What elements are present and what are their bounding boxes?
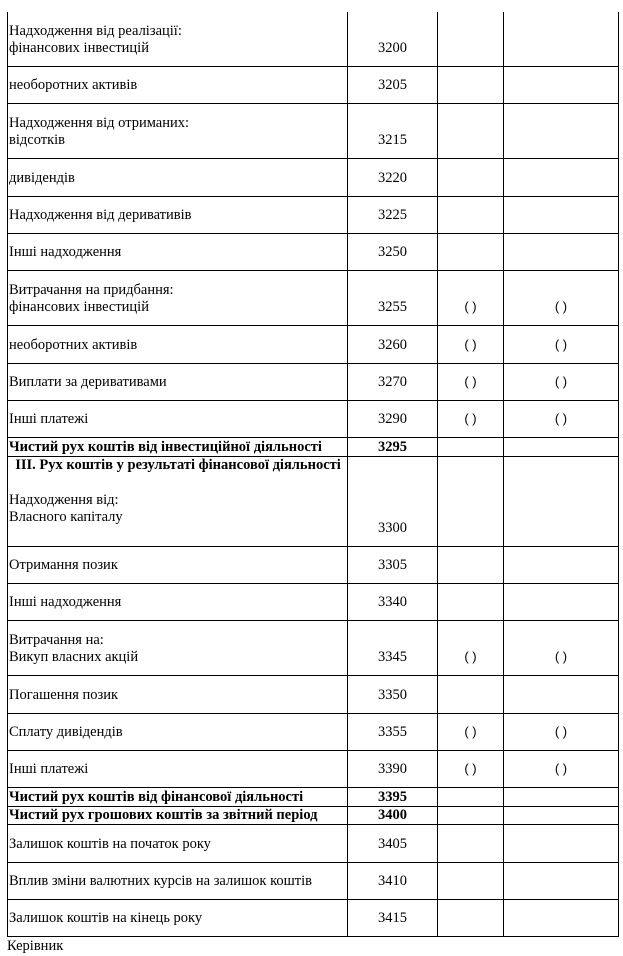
current-period-value: ( ): [438, 400, 504, 437]
row-code: 3415: [348, 899, 438, 936]
row-label: Інші платежі: [8, 750, 348, 787]
current-period-value: [438, 12, 504, 66]
table-row: Чистий рух коштів від інвестиційної діял…: [8, 437, 619, 456]
row-label: Витрачання на:Викуп власних акцій: [8, 620, 348, 675]
value-text: ( ): [464, 761, 476, 776]
row-label: Сплату дивідендів: [8, 713, 348, 750]
previous-period-value: [504, 787, 619, 806]
row-label-line: Сплату дивідендів: [9, 724, 347, 741]
current-period-value: [438, 675, 504, 713]
current-period-value: [438, 862, 504, 899]
table-row: Інші платежі3290( )( ): [8, 400, 619, 437]
row-code: 3270: [348, 363, 438, 400]
table-row: необоротних активів3260( )( ): [8, 325, 619, 363]
row-code: 3345: [348, 620, 438, 675]
row-label: ІІІ. Рух коштів у результаті фінансової …: [8, 456, 348, 546]
previous-period-value: [504, 899, 619, 936]
value-text: ( ): [555, 411, 567, 426]
row-label-line: відсотків: [9, 132, 347, 149]
row-code: 3205: [348, 66, 438, 103]
row-code: 3255: [348, 270, 438, 325]
table-row: Погашення позик3350: [8, 675, 619, 713]
previous-period-value: [504, 862, 619, 899]
value-text: ( ): [555, 299, 567, 314]
row-code: 3215: [348, 103, 438, 158]
previous-period-value: [504, 437, 619, 456]
row-label-line: необоротних активів: [9, 337, 347, 354]
row-label: необоротних активів: [8, 325, 348, 363]
row-code: 3410: [348, 862, 438, 899]
current-period-value: ( ): [438, 620, 504, 675]
row-label-line: Витрачання на:: [9, 632, 347, 649]
row-label: Інші надходження: [8, 233, 348, 270]
row-label: Погашення позик: [8, 675, 348, 713]
row-label-line: Витрачання на придбання:: [9, 282, 347, 299]
current-period-value: [438, 806, 504, 824]
table-row: Витрачання на:Викуп власних акцій3345( )…: [8, 620, 619, 675]
row-label: Виплати за деривативами: [8, 363, 348, 400]
table-row: ІІІ. Рух коштів у результаті фінансової …: [8, 456, 619, 546]
previous-period-value: ( ): [504, 400, 619, 437]
row-label: Чистий рух коштів від фінансової діяльно…: [8, 787, 348, 806]
row-label-line: Інші надходження: [9, 594, 347, 611]
value-text: ( ): [555, 649, 567, 664]
value-text: ( ): [464, 299, 476, 314]
row-label: Чистий рух коштів від інвестиційної діял…: [8, 437, 348, 456]
previous-period-value: [504, 456, 619, 546]
table-row: Надходження від деривативів3225: [8, 196, 619, 233]
table-row: Виплати за деривативами3270( )( ): [8, 363, 619, 400]
section-heading: ІІІ. Рух коштів у результаті фінансової …: [9, 457, 347, 474]
row-label-line: фінансових інвестицій: [9, 40, 347, 57]
row-label-line: дивідендів: [9, 170, 347, 187]
row-label-line: Виплати за деривативами: [9, 374, 347, 391]
row-label-line: Вплив зміни валютних курсів на залишок к…: [9, 873, 347, 890]
row-code: 3390: [348, 750, 438, 787]
current-period-value: [438, 824, 504, 862]
current-period-value: ( ): [438, 713, 504, 750]
row-label-line: Залишок коштів на початок року: [9, 836, 347, 853]
previous-period-value: [504, 583, 619, 620]
table-row: Інші надходження3250: [8, 233, 619, 270]
table-row: Інші платежі3390( )( ): [8, 750, 619, 787]
table-row: Сплату дивідендів3355( )( ): [8, 713, 619, 750]
table-row: необоротних активів3205: [8, 66, 619, 103]
row-label-line: Власного капіталу: [9, 509, 347, 526]
row-code: 3355: [348, 713, 438, 750]
current-period-value: [438, 899, 504, 936]
previous-period-value: ( ): [504, 713, 619, 750]
row-label-line: Інші надходження: [9, 244, 347, 261]
previous-period-value: [504, 806, 619, 824]
row-label: Витрачання на придбання:фінансових інвес…: [8, 270, 348, 325]
table-row: Отримання позик3305: [8, 546, 619, 583]
current-period-value: [438, 787, 504, 806]
row-code: 3200: [348, 12, 438, 66]
value-text: ( ): [555, 337, 567, 352]
row-code: 3305: [348, 546, 438, 583]
current-period-value: ( ): [438, 325, 504, 363]
current-period-value: ( ): [438, 270, 504, 325]
row-code: 3350: [348, 675, 438, 713]
table-row: Чистий рух коштів від фінансової діяльно…: [8, 787, 619, 806]
row-code: 3300: [348, 456, 438, 546]
row-label: Залишок коштів на кінець року: [8, 899, 348, 936]
table-body: Надходження від реалізації:фінансових ін…: [8, 12, 619, 936]
previous-period-value: ( ): [504, 750, 619, 787]
row-label-line: Чистий рух коштів від фінансової діяльно…: [9, 789, 347, 806]
previous-period-value: [504, 196, 619, 233]
row-label-line: необоротних активів: [9, 77, 347, 94]
value-text: ( ): [555, 374, 567, 389]
previous-period-value: ( ): [504, 620, 619, 675]
value-text: ( ): [555, 761, 567, 776]
current-period-value: ( ): [438, 363, 504, 400]
current-period-value: [438, 437, 504, 456]
value-text: ( ): [464, 724, 476, 739]
table-row: Чистий рух грошових коштів за звітний пе…: [8, 806, 619, 824]
row-code: 3340: [348, 583, 438, 620]
row-label: Чистий рух грошових коштів за звітний пе…: [8, 806, 348, 824]
value-text: ( ): [464, 374, 476, 389]
row-label-line: Отримання позик: [9, 557, 347, 574]
row-label-line: Надходження від отриманих:: [9, 115, 347, 132]
row-label-line: Надходження від реалізації:: [9, 23, 347, 40]
current-period-value: [438, 233, 504, 270]
current-period-value: [438, 456, 504, 546]
row-label: Вплив зміни валютних курсів на залишок к…: [8, 862, 348, 899]
previous-period-value: [504, 546, 619, 583]
current-period-value: [438, 158, 504, 196]
signature-label: Керівник: [7, 937, 63, 955]
previous-period-value: [504, 233, 619, 270]
previous-period-value: [504, 66, 619, 103]
row-label: Інші платежі: [8, 400, 348, 437]
row-code: 3400: [348, 806, 438, 824]
row-label-line: Надходження від:: [9, 492, 347, 509]
current-period-value: [438, 66, 504, 103]
previous-period-value: ( ): [504, 363, 619, 400]
row-label-line: Погашення позик: [9, 687, 347, 704]
previous-period-value: ( ): [504, 270, 619, 325]
current-period-value: [438, 583, 504, 620]
previous-period-value: [504, 158, 619, 196]
value-text: ( ): [464, 337, 476, 352]
previous-period-value: [504, 675, 619, 713]
row-code: 3395: [348, 787, 438, 806]
table-row: Інші надходження3340: [8, 583, 619, 620]
row-label-line: Надходження від деривативів: [9, 207, 347, 224]
row-code: 3250: [348, 233, 438, 270]
table-row: Вплив зміни валютних курсів на залишок к…: [8, 862, 619, 899]
row-label: Надходження від деривативів: [8, 196, 348, 233]
row-code: 3225: [348, 196, 438, 233]
table-row: Залишок коштів на початок року3405: [8, 824, 619, 862]
current-period-value: ( ): [438, 750, 504, 787]
row-label-line: фінансових інвестицій: [9, 299, 347, 316]
row-label-line: Чистий рух коштів від інвестиційної діял…: [9, 439, 347, 456]
table-row: дивідендів3220: [8, 158, 619, 196]
row-code: 3405: [348, 824, 438, 862]
current-period-value: [438, 103, 504, 158]
current-period-value: [438, 546, 504, 583]
row-label: Інші надходження: [8, 583, 348, 620]
row-code: 3295: [348, 437, 438, 456]
table-row: Витрачання на придбання:фінансових інвес…: [8, 270, 619, 325]
row-label: дивідендів: [8, 158, 348, 196]
value-text: ( ): [555, 724, 567, 739]
previous-period-value: [504, 103, 619, 158]
previous-period-value: [504, 824, 619, 862]
row-label: необоротних активів: [8, 66, 348, 103]
table-row: Залишок коштів на кінець року3415: [8, 899, 619, 936]
row-label-line: Викуп власних акцій: [9, 649, 347, 666]
row-label-line: Інші платежі: [9, 411, 347, 428]
row-label: Надходження від отриманих:відсотків: [8, 103, 348, 158]
row-label: Надходження від реалізації:фінансових ін…: [8, 12, 348, 66]
row-code: 3260: [348, 325, 438, 363]
row-label: Залишок коштів на початок року: [8, 824, 348, 862]
row-code: 3220: [348, 158, 438, 196]
table-row: Надходження від отриманих:відсотків3215: [8, 103, 619, 158]
value-text: ( ): [464, 411, 476, 426]
previous-period-value: ( ): [504, 325, 619, 363]
cash-flow-statement-table: Надходження від реалізації:фінансових ін…: [7, 12, 619, 937]
row-label-line: Чистий рух грошових коштів за звітний пе…: [9, 807, 347, 824]
row-label-line: Інші платежі: [9, 761, 347, 778]
current-period-value: [438, 196, 504, 233]
table-row: Надходження від реалізації:фінансових ін…: [8, 12, 619, 66]
row-code: 3290: [348, 400, 438, 437]
row-label: Отримання позик: [8, 546, 348, 583]
row-label-line: Залишок коштів на кінець року: [9, 910, 347, 927]
value-text: ( ): [464, 649, 476, 664]
previous-period-value: [504, 12, 619, 66]
